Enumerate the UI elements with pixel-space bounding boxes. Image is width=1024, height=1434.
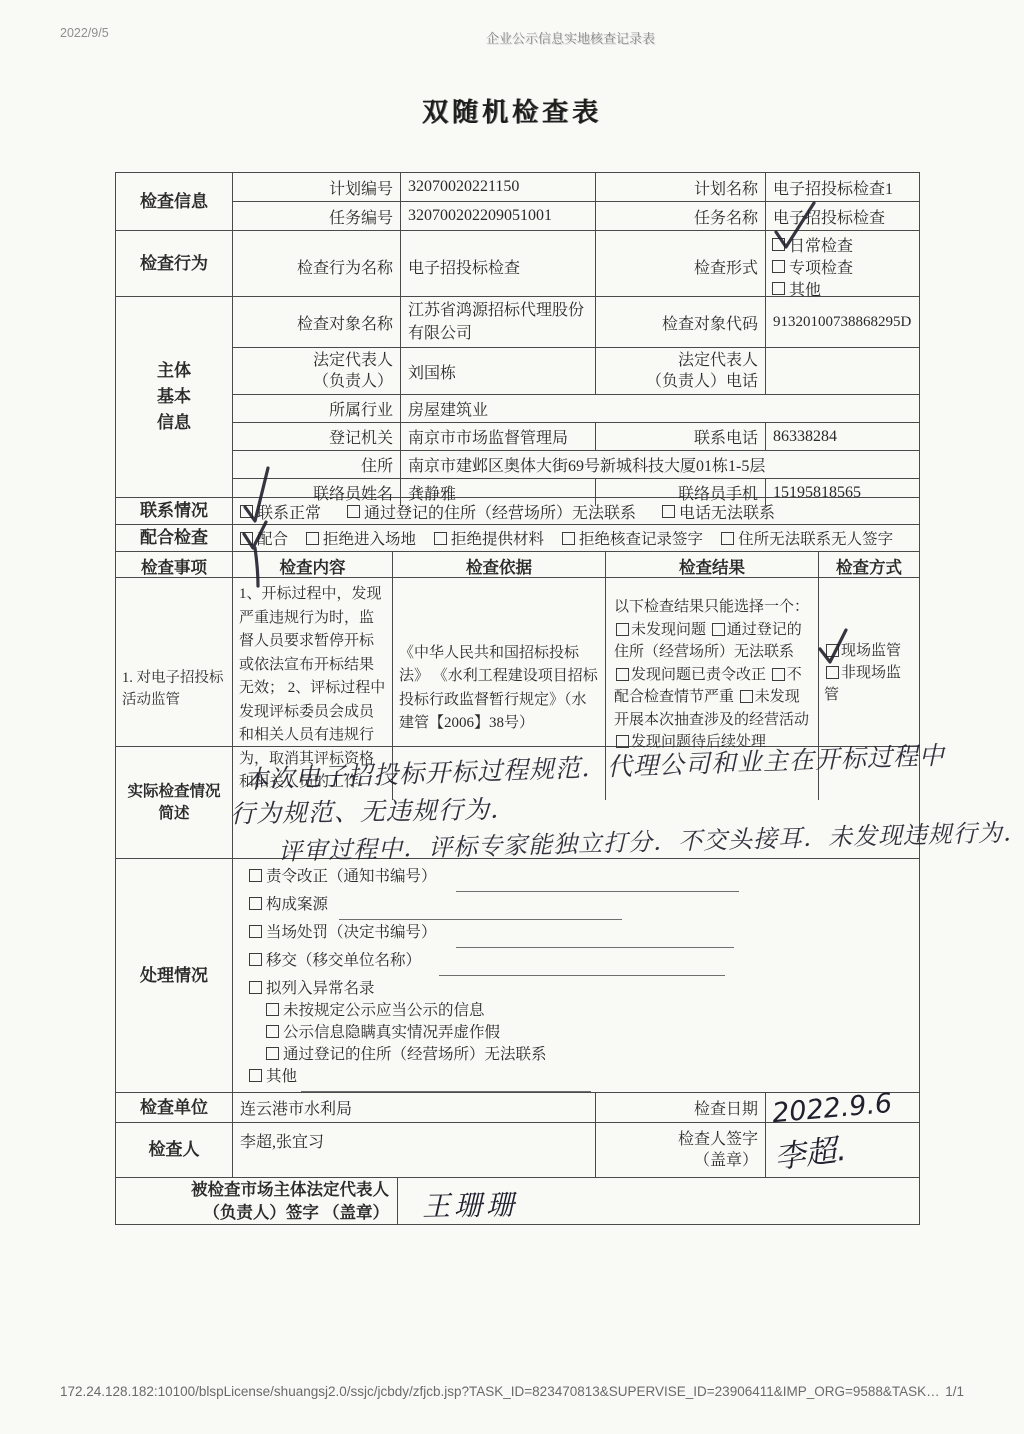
- result-option: 未发现问题: [614, 622, 706, 638]
- section-label: 处理情况: [116, 859, 233, 1092]
- scanned-inspection-form: 2022/9/5 企业公示信息实地核查记录表 双随机检查表 检查信息 计划编号 …: [0, 0, 1024, 1434]
- phone-value: 86338284: [766, 423, 919, 450]
- section-label-line: 实际检查情况: [127, 781, 220, 803]
- handwritten-inspector-signature: 李超.: [772, 1124, 849, 1177]
- cooperation-options: 配合 拒绝进入场地 拒绝提供材料 拒绝核查记录签字 住所无法联系无人签字: [233, 525, 919, 551]
- checkbox-icon: [616, 668, 629, 681]
- print-date: 2022/9/5: [60, 26, 109, 40]
- industry-label: 所属行业: [233, 395, 401, 422]
- checkbox-icon: [249, 897, 262, 910]
- legal-rep-value: 刘国栋: [401, 348, 596, 394]
- legal-rep-sign-label: 被检查市场主体法定代表人 （负责人）签字 （盖章）: [116, 1178, 398, 1224]
- section-label-line: 信息: [157, 410, 191, 436]
- option-label: 其他: [266, 1064, 297, 1086]
- contact-option: 电话无法联系: [662, 500, 775, 523]
- checkbox-icon: [772, 260, 785, 273]
- handling-option: 移交（移交单位名称）: [249, 948, 911, 970]
- option-label: 发现问题已责令改正: [631, 667, 766, 683]
- checkbox-icon: [266, 1047, 279, 1060]
- contact-option: 通过登记的住所（经营场所）无法联系: [347, 500, 636, 523]
- plan-name-label: 计划名称: [596, 173, 766, 201]
- checkbox-icon: [616, 623, 629, 636]
- target-code-label: 检查对象代码: [596, 297, 766, 347]
- section-label: 主体 基本 信息: [116, 297, 233, 497]
- unit-value: 连云港市水利局: [233, 1093, 596, 1122]
- print-doc-header: 企业公示信息实地核查记录表: [486, 28, 655, 47]
- registry-label: 登记机关: [233, 423, 401, 450]
- legal-rep-label: 法定代表人 （负责人）: [233, 348, 401, 394]
- section-label: 实际检查情况 简述: [116, 747, 233, 858]
- checkbox-icon: [826, 644, 839, 657]
- label-line: （负责人）电话: [646, 371, 758, 392]
- industry-value: 房屋建筑业: [401, 395, 919, 422]
- option-label: 未发现问题: [631, 622, 706, 638]
- section-contact-status: 联系情况 联系正常 通过登记的住所（经营场所）无法联系 电话无法联系: [116, 498, 919, 525]
- cooperation-option: 配合: [240, 527, 288, 549]
- checkbox-icon: [662, 505, 675, 518]
- footer-page-number: 1/1: [945, 1384, 964, 1399]
- form-option: 其他: [772, 277, 821, 299]
- option-label: 电话无法联系: [679, 500, 775, 523]
- label-line: 法定代表人: [678, 350, 758, 371]
- handling-option: 构成案源: [249, 892, 911, 914]
- checkbox-icon: [712, 623, 725, 636]
- task-name-value: 电子招投标检查: [766, 202, 919, 230]
- contact-status-options: 联系正常 通过登记的住所（经营场所）无法联系 电话无法联系: [233, 498, 919, 525]
- form-option-label: 日常检查: [789, 233, 853, 256]
- table-row: 检查事项 检查内容 检查依据 检查结果 检查方式: [116, 552, 919, 580]
- table-row: 检查行为名称 电子招投标检查 检查形式 日常检查 专项检查 其他: [233, 231, 919, 301]
- legal-rep-phone-value: [766, 348, 919, 394]
- checkbox-icon: [434, 532, 447, 545]
- action-name-label: 检查行为名称: [233, 231, 401, 301]
- checkbox-icon: [721, 532, 734, 545]
- cooperation-option: 拒绝提供材料: [434, 527, 544, 549]
- section-label: 检查行为: [116, 231, 233, 296]
- checkbox-icon: [772, 282, 785, 295]
- table-row: 任务编号 320700202209051001 任务名称 电子招投标检查: [233, 202, 919, 230]
- handwritten-summary-line: 行为规范、无违规行为．: [230, 790, 517, 831]
- matters-header-content: 检查内容: [233, 552, 393, 580]
- table-row: 责令改正（通知书编号） 构成案源 当场处罚（决定书编号） 移交（移交单位名称） …: [233, 859, 919, 1094]
- option-label: 通过登记的住所（经营场所）无法联系: [364, 500, 636, 523]
- checkbox-icon: [266, 1025, 279, 1038]
- cooperation-option: 拒绝核查记录签字: [562, 527, 703, 549]
- table-row: 联系正常 通过登记的住所（经营场所）无法联系 电话无法联系: [233, 498, 919, 525]
- plan-no-label: 计划编号: [233, 173, 401, 201]
- section-inspection-action: 检查行为 检查行为名称 电子招投标检查 检查形式 日常检查 专项检查 其他: [116, 231, 919, 297]
- matters-header-result: 检查结果: [606, 552, 819, 580]
- date-label: 检查日期: [596, 1093, 766, 1122]
- footer-url: 172.24.128.182:10100/blspLicense/shuangs…: [60, 1384, 940, 1399]
- method-option: 现场监管: [824, 643, 901, 659]
- form-option-label: 专项检查: [789, 255, 853, 278]
- unit-label: 检查单位: [116, 1093, 233, 1122]
- task-no-label: 任务编号: [233, 202, 401, 230]
- handling-options: 责令改正（通知书编号） 构成案源 当场处罚（决定书编号） 移交（移交单位名称） …: [233, 859, 919, 1094]
- checkbox-icon: [772, 668, 785, 681]
- section-label: 配合检查: [116, 525, 233, 551]
- table-row: 配合 拒绝进入场地 拒绝提供材料 拒绝核查记录签字 住所无法联系无人签字: [233, 525, 919, 551]
- form-label: 检查形式: [596, 231, 766, 301]
- section-inspection-info: 检查信息 计划编号 32070020221150 计划名称 电子招投标检查1 任…: [116, 173, 919, 231]
- label-line: （盖章）: [694, 1150, 758, 1171]
- section-label-line: 简述: [158, 803, 189, 825]
- handling-option: 拟列入异常名录: [249, 976, 911, 998]
- target-code-value: 91320100738868295D: [766, 297, 919, 347]
- option-label: 现场监管: [841, 643, 901, 659]
- option-label: 拟列入异常名录: [266, 976, 375, 998]
- matters-header-matter: 检查事项: [116, 552, 233, 580]
- address-label: 住所: [233, 451, 401, 478]
- section-subject-info: 主体 基本 信息 检查对象名称 江苏省鸿源招标代理股份有限公司 检查对象代码 9…: [116, 297, 919, 498]
- task-name-label: 任务名称: [596, 202, 766, 230]
- section-label: 联系情况: [116, 498, 233, 524]
- checkbox-icon: [826, 666, 839, 679]
- legal-rep-phone-label: 法定代表人 （负责人）电话: [596, 348, 766, 394]
- address-value: 南京市建邺区奥体大街69号新城科技大厦01栋1-5层: [401, 451, 919, 478]
- table-row: 住所 南京市建邺区奥体大街69号新城科技大厦01栋1-5层: [233, 451, 919, 479]
- option-label: 构成案源: [266, 892, 328, 914]
- handling-option: 公示信息隐瞒真实情况弄虚作假: [266, 1020, 911, 1042]
- handwritten-legal-rep-signature: 王珊珊: [422, 1183, 519, 1225]
- table-row: 法定代表人 （负责人） 刘国栋 法定代表人 （负责人）电话: [233, 348, 919, 395]
- handling-option: 其他: [249, 1064, 911, 1086]
- option-label: 联系正常: [257, 500, 321, 523]
- table-row: 计划编号 32070020221150 计划名称 电子招投标检查1: [233, 173, 919, 202]
- handling-option: 未按规定公示应当公示的信息: [266, 998, 911, 1020]
- option-label: 移交（移交单位名称）: [266, 948, 421, 970]
- checkbox-icon: [562, 532, 575, 545]
- checkbox-icon: [249, 869, 262, 882]
- matters-content-row: 1. 对电子招投标活动监管 1、开标过程中，发现严重违规行为时，监督人员要求暂停…: [116, 578, 919, 747]
- form-option: 日常检查: [772, 233, 853, 255]
- checkbox-icon: [240, 532, 253, 545]
- inspector-label: 检查人: [116, 1123, 233, 1177]
- form-option: 专项检查: [772, 255, 853, 277]
- label-line: 被检查市场主体法定代表人: [191, 1178, 389, 1201]
- plan-no-value: 32070020221150: [401, 173, 596, 201]
- option-label: 通过登记的住所（经营场所）无法联系: [283, 1042, 547, 1064]
- label-line: （负责人）: [313, 371, 393, 392]
- result-option: 发现问题已责令改正: [614, 667, 766, 683]
- section-label: 检查信息: [116, 173, 233, 230]
- print-footer: 172.24.128.182:10100/blspLicense/shuangs…: [60, 1384, 964, 1399]
- checkbox-icon: [249, 953, 262, 966]
- option-label: 住所无法联系无人签字: [738, 527, 893, 549]
- checkbox-icon: [740, 690, 753, 703]
- handling-option: 责令改正（通知书编号）: [249, 864, 911, 886]
- option-label: 公示信息隐瞒真实情况弄虚作假: [283, 1020, 500, 1042]
- section-handling: 处理情况 责令改正（通知书编号） 构成案源 当场处罚（决定书编号） 移交（移交单…: [116, 859, 919, 1093]
- task-no-value: 320700202209051001: [401, 202, 596, 230]
- action-name-value: 电子招投标检查: [401, 231, 596, 301]
- label-line: 检查人签字: [678, 1129, 758, 1150]
- table-row: 检查对象名称 江苏省鸿源招标代理股份有限公司 检查对象代码 9132010073…: [233, 297, 919, 348]
- handling-option: 当场处罚（决定书编号）: [249, 920, 911, 942]
- method-option: 非现场监管: [824, 665, 901, 703]
- section-label-line: 主体: [157, 358, 191, 384]
- option-label: 当场处罚（决定书编号）: [266, 920, 437, 942]
- checkbox-icon: [772, 238, 785, 251]
- checkbox-icon: [249, 981, 262, 994]
- checkbox-icon: [266, 1003, 279, 1016]
- matters-header-method: 检查方式: [819, 552, 919, 580]
- handling-option: 通过登记的住所（经营场所）无法联系: [266, 1042, 911, 1064]
- inspection-form-table: 检查信息 计划编号 32070020221150 计划名称 电子招投标检查1 任…: [115, 172, 920, 1225]
- option-label: 配合: [257, 527, 288, 549]
- matters-header-row: 检查事项 检查内容 检查依据 检查结果 检查方式: [116, 552, 919, 578]
- matters-header-basis: 检查依据: [393, 552, 606, 580]
- cooperation-option: 住所无法联系无人签字: [721, 527, 893, 549]
- target-name-value: 江苏省鸿源招标代理股份有限公司: [401, 297, 596, 347]
- checkbox-icon: [347, 505, 360, 518]
- checkbox-icon: [249, 1069, 262, 1082]
- option-label: 拒绝提供材料: [451, 527, 544, 549]
- checkbox-icon: [240, 505, 253, 518]
- checkbox-icon: [249, 925, 262, 938]
- plan-name-value: 电子招投标检查1: [766, 173, 919, 201]
- blank-underline: [301, 1086, 591, 1092]
- option-label: 拒绝核查记录签字: [579, 527, 703, 549]
- table-row: 登记机关 南京市市场监督管理局 联系电话 86338284: [233, 423, 919, 451]
- inspector-sign-label: 检查人签字 （盖章）: [596, 1123, 766, 1177]
- option-label: 未按规定公示应当公示的信息: [283, 998, 485, 1020]
- option-label: 责令改正（通知书编号）: [266, 864, 437, 886]
- registry-value: 南京市市场监督管理局: [401, 423, 596, 450]
- section-label-line: 基本: [157, 384, 191, 410]
- option-label: 拒绝进入场地: [323, 527, 416, 549]
- table-row: 所属行业 房屋建筑业: [233, 395, 919, 423]
- section-cooperation: 配合检查 配合 拒绝进入场地 拒绝提供材料 拒绝核查记录签字 住所无法联系无人签…: [116, 525, 919, 552]
- result-intro: 以下检查结果只能选择一个：: [614, 599, 809, 615]
- page-title: 双随机检查表: [0, 92, 1024, 129]
- phone-label: 联系电话: [596, 423, 766, 450]
- form-options: 日常检查 专项检查 其他: [766, 231, 919, 301]
- cooperation-option: 拒绝进入场地: [306, 527, 416, 549]
- inspector-value: 李超,张宜习: [233, 1123, 596, 1177]
- label-line: （负责人）签字 （盖章）: [203, 1201, 389, 1224]
- contact-option: 联系正常: [240, 500, 321, 523]
- target-name-label: 检查对象名称: [233, 297, 401, 347]
- label-line: 法定代表人: [313, 350, 393, 371]
- checkbox-icon: [306, 532, 319, 545]
